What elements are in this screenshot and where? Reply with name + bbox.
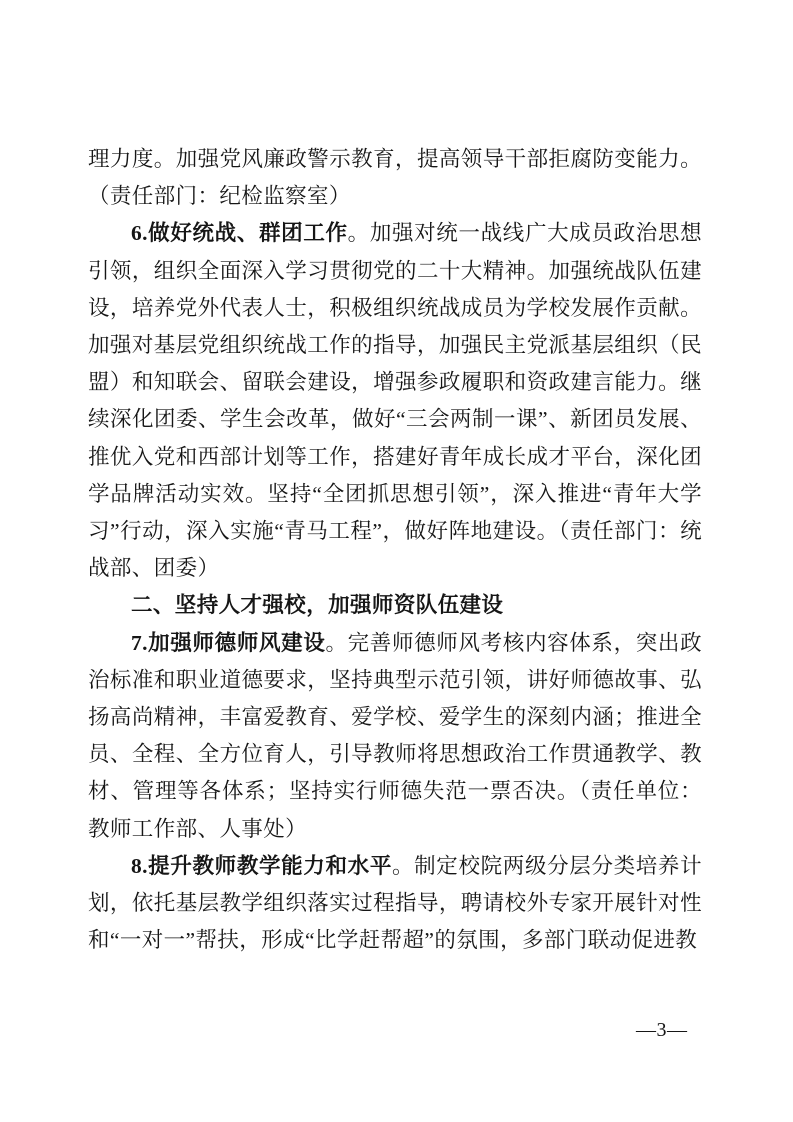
document-body: 理力度。加强党风廉政警示教育，提高领导干部拒腐防变能力。（责任部门：纪检监察室）…	[88, 141, 702, 959]
paragraph-item-6-lead: 6.做好统战、群团工作	[131, 221, 348, 245]
paragraph-item-6-text: 。加强对统一战线广大成员政治思想引领，组织全面深入学习贯彻党的二十大精神。加强统…	[88, 221, 702, 580]
section-heading-2: 二、坚持人才强校，加强师资队伍建设	[88, 587, 702, 624]
page-number: —3—	[636, 1019, 688, 1042]
paragraph-item-7: 7.加强师德师风建设。完善师德师风考核内容体系，突出政治标准和职业道德要求，坚持…	[88, 625, 702, 848]
paragraph-continuation-text: 理力度。加强党风廉政警示教育，提高领导干部拒腐防变能力。（责任部门：纪检监察室）	[88, 147, 702, 208]
paragraph-item-6: 6.做好统战、群团工作。加强对统一战线广大成员政治思想引领，组织全面深入学习贯彻…	[88, 215, 702, 587]
paragraph-continuation: 理力度。加强党风廉政警示教育，提高领导干部拒腐防变能力。（责任部门：纪检监察室）	[88, 141, 702, 215]
paragraph-item-8-lead: 8.提升教师教学能力和水平	[131, 854, 392, 878]
document-page: 理力度。加强党风廉政警示教育，提高领导干部拒腐防变能力。（责任部门：纪检监察室）…	[0, 0, 793, 1122]
paragraph-item-7-lead: 7.加强师德师风建设	[131, 631, 325, 655]
paragraph-item-7-text: 。完善师德师风考核内容体系，突出政治标准和职业道德要求，坚持典型示范引领，讲好师…	[88, 631, 702, 841]
paragraph-item-8: 8.提升教师教学能力和水平。制定校院两级分层分类培养计划，依托基层教学组织落实过…	[88, 848, 702, 960]
